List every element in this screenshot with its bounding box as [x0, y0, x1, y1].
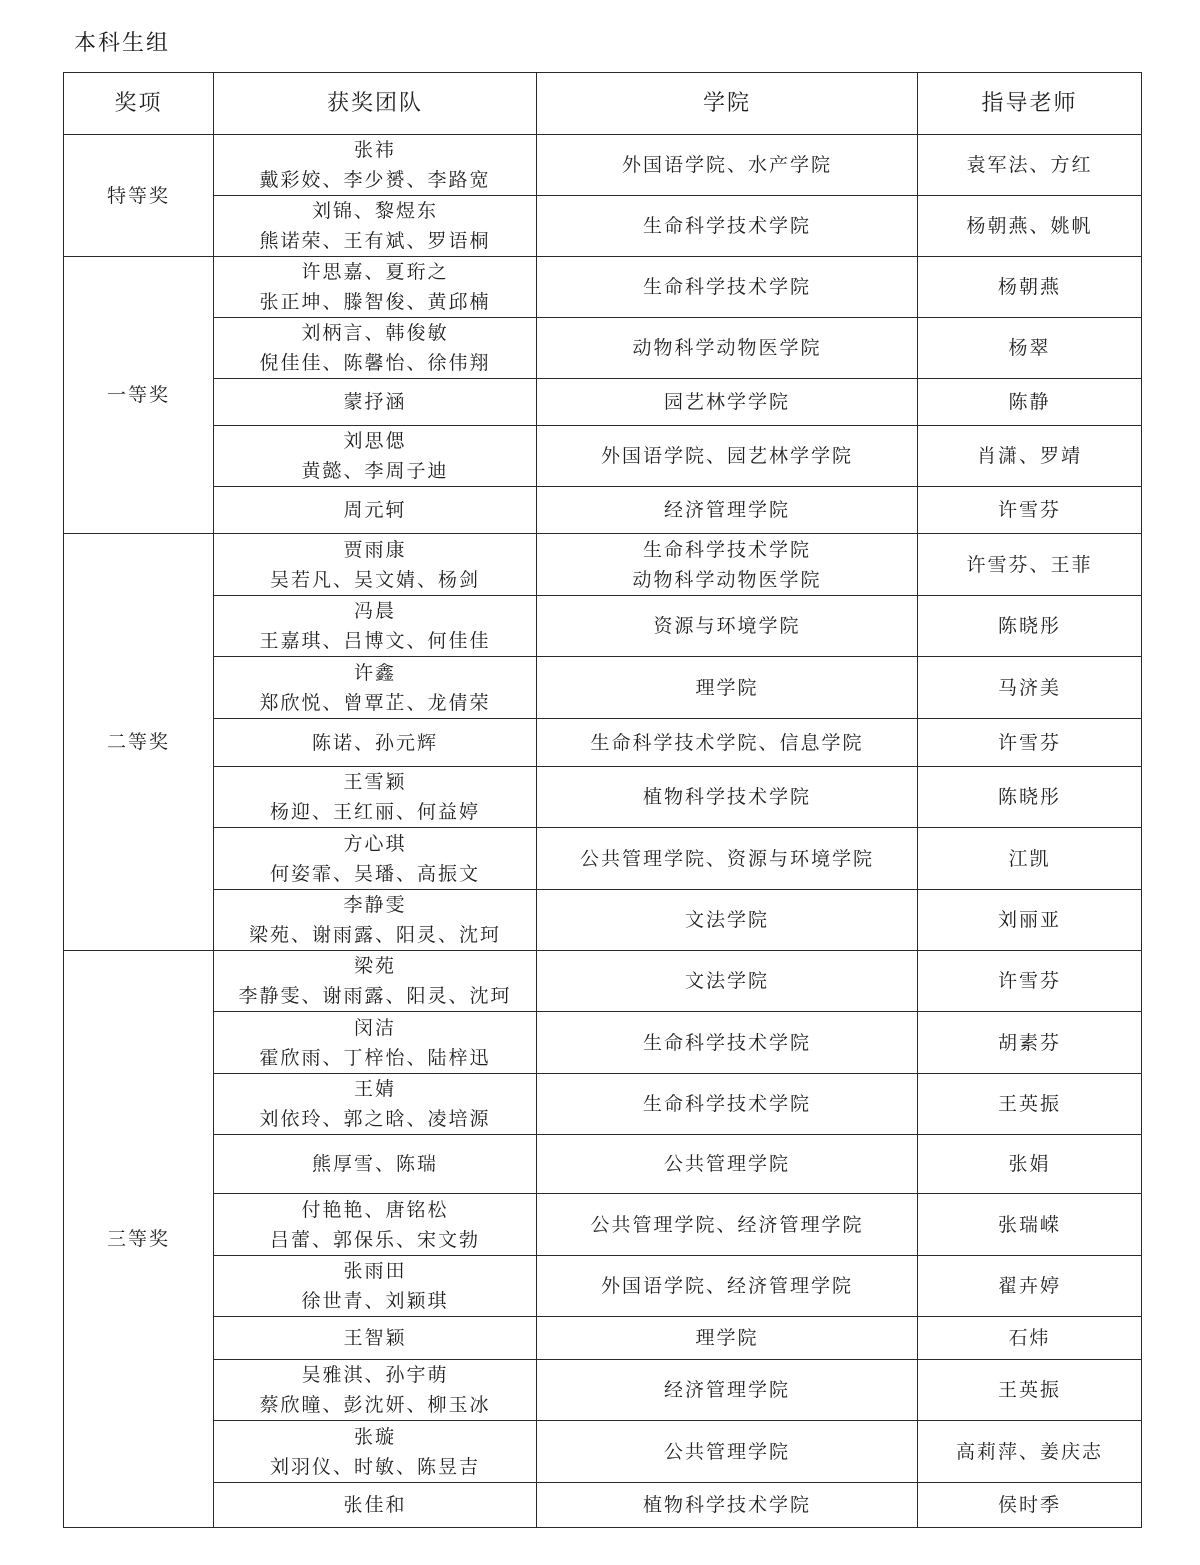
awards-body: 特等奖张祎戴彩姣、李少赟、李路宽外国语学院、水产学院袁军法、方红刘锦、黎煜东熊诺… — [64, 135, 1142, 1528]
college-cell: 生命科学技术学院、信息学院 — [537, 719, 918, 767]
team-members-line: 王雪颖 — [214, 767, 536, 797]
college-line: 植物科学技术学院 — [537, 1490, 917, 1520]
college-cell: 经济管理学院 — [537, 1360, 918, 1421]
team-members-line: 陈诺、孙元辉 — [214, 728, 536, 758]
team-members-line: 付艳艳、唐铭松 — [214, 1195, 536, 1225]
college-line: 动物科学动物医学院 — [537, 565, 917, 595]
team-members-line: 闵洁 — [214, 1013, 536, 1043]
college-line: 理学院 — [537, 1323, 917, 1353]
team-members-line: 何姿霏、吴璠、高振文 — [214, 859, 536, 889]
team-members-line: 刘锦、黎煜东 — [214, 196, 536, 226]
college-cell: 文法学院 — [537, 951, 918, 1012]
college-cell: 生命科学技术学院动物科学动物医学院 — [537, 534, 918, 596]
college-cell: 公共管理学院 — [537, 1135, 918, 1194]
table-row: 闵洁霍欣雨、丁梓怡、陆梓迅生命科学技术学院胡素芬 — [64, 1012, 1142, 1074]
table-row: 陈诺、孙元辉生命科学技术学院、信息学院许雪芬 — [64, 719, 1142, 767]
college-line: 外国语学院、经济管理学院 — [537, 1271, 917, 1301]
team-cell: 刘锦、黎煜东熊诺荣、王有斌、罗语桐 — [214, 196, 537, 257]
college-cell: 园艺林学学院 — [537, 379, 918, 426]
teacher-cell: 袁军法、方红 — [918, 135, 1142, 196]
team-members-line: 梁苑 — [214, 951, 536, 981]
team-members-line: 倪佳佳、陈馨怡、徐伟翔 — [214, 348, 536, 378]
table-row: 刘思偲黄懿、李周子迪外国语学院、园艺林学学院肖潇、罗靖 — [64, 426, 1142, 487]
teacher-cell: 陈晓彤 — [918, 596, 1142, 657]
team-members-line: 张佳和 — [214, 1490, 536, 1520]
team-members-line: 张祎 — [214, 135, 536, 165]
team-members-line: 黄懿、李周子迪 — [214, 456, 536, 486]
header-award: 奖项 — [64, 73, 214, 135]
college-cell: 植物科学技术学院 — [537, 767, 918, 828]
college-line: 外国语学院、园艺林学学院 — [537, 441, 917, 471]
team-members-line: 李静雯、谢雨露、阳灵、沈珂 — [214, 981, 536, 1011]
team-members-line: 李静雯 — [214, 890, 536, 920]
team-cell: 吴雅淇、孙宇萌蔡欣瞳、彭沈妍、柳玉冰 — [214, 1360, 537, 1421]
college-line: 生命科学技术学院、信息学院 — [537, 728, 917, 758]
table-header-row: 奖项 获奖团队 学院 指导老师 — [64, 73, 1142, 135]
college-line: 文法学院 — [537, 905, 917, 935]
team-members-line: 许鑫 — [214, 658, 536, 688]
award-level-cell: 一等奖 — [64, 257, 214, 534]
team-cell: 熊厚雪、陈瑞 — [214, 1135, 537, 1194]
section-title: 本科生组 — [74, 26, 170, 62]
team-cell: 许鑫郑欣悦、曾覃芷、龙倩荣 — [214, 657, 537, 719]
team-members-line: 徐世青、刘颖琪 — [214, 1286, 536, 1316]
table-row: 二等奖贾雨康吴若凡、吴文婧、杨剑生命科学技术学院动物科学动物医学院许雪芬、王菲 — [64, 534, 1142, 596]
award-level-cell: 特等奖 — [64, 135, 214, 257]
college-line: 外国语学院、水产学院 — [537, 150, 917, 180]
team-members-line: 蔡欣瞳、彭沈妍、柳玉冰 — [214, 1390, 536, 1420]
team-members-line: 吕蕾、郭保乐、宋文勃 — [214, 1225, 536, 1255]
teacher-cell: 张瑞嵘 — [918, 1194, 1142, 1256]
team-cell: 王婧刘依玲、郭之晗、凌培源 — [214, 1074, 537, 1135]
teacher-cell: 杨朝燕、姚帆 — [918, 196, 1142, 257]
college-line: 公共管理学院、资源与环境学院 — [537, 844, 917, 874]
team-members-line: 张璇 — [214, 1422, 536, 1452]
team-members-line: 霍欣雨、丁梓怡、陆梓迅 — [214, 1043, 536, 1073]
college-line: 经济管理学院 — [537, 1375, 917, 1405]
college-cell: 理学院 — [537, 1317, 918, 1360]
teacher-cell: 江凯 — [918, 828, 1142, 890]
teacher-cell: 侯时季 — [918, 1483, 1142, 1528]
teacher-cell: 肖潇、罗靖 — [918, 426, 1142, 487]
college-line: 植物科学技术学院 — [537, 782, 917, 812]
team-members-line: 王智颖 — [214, 1323, 536, 1353]
team-cell: 王雪颖杨迎、王红丽、何益婷 — [214, 767, 537, 828]
team-members-line: 刘羽仪、时敏、陈昱吉 — [214, 1452, 536, 1482]
team-members-line: 王嘉琪、吕博文、何佳佳 — [214, 626, 536, 656]
teacher-cell: 陈静 — [918, 379, 1142, 426]
team-cell: 闵洁霍欣雨、丁梓怡、陆梓迅 — [214, 1012, 537, 1074]
teacher-cell: 翟卉婷 — [918, 1256, 1142, 1317]
teacher-cell: 杨翠 — [918, 318, 1142, 379]
team-members-line: 杨迎、王红丽、何益婷 — [214, 797, 536, 827]
table-row: 张雨田徐世青、刘颖琪外国语学院、经济管理学院翟卉婷 — [64, 1256, 1142, 1317]
college-cell: 外国语学院、园艺林学学院 — [537, 426, 918, 487]
teacher-cell: 高莉萍、姜庆志 — [918, 1421, 1142, 1483]
team-members-line: 郑欣悦、曾覃芷、龙倩荣 — [214, 688, 536, 718]
teacher-cell: 王英振 — [918, 1074, 1142, 1135]
awards-table: 奖项 获奖团队 学院 指导老师 特等奖张祎戴彩姣、李少赟、李路宽外国语学院、水产… — [63, 72, 1142, 1528]
college-cell: 公共管理学院 — [537, 1421, 918, 1483]
college-line: 经济管理学院 — [537, 495, 917, 525]
college-line: 资源与环境学院 — [537, 611, 917, 641]
table-row: 张佳和植物科学技术学院侯时季 — [64, 1483, 1142, 1528]
teacher-cell: 杨朝燕 — [918, 257, 1142, 318]
team-cell: 张雨田徐世青、刘颖琪 — [214, 1256, 537, 1317]
team-cell: 刘柄言、韩俊敏倪佳佳、陈馨怡、徐伟翔 — [214, 318, 537, 379]
team-cell: 方心琪何姿霏、吴璠、高振文 — [214, 828, 537, 890]
college-cell: 生命科学技术学院 — [537, 1074, 918, 1135]
team-members-line: 方心琪 — [214, 829, 536, 859]
college-line: 生命科学技术学院 — [537, 211, 917, 241]
college-cell: 公共管理学院、资源与环境学院 — [537, 828, 918, 890]
award-level-cell: 三等奖 — [64, 951, 214, 1528]
team-cell: 蒙抒涵 — [214, 379, 537, 426]
college-line: 生命科学技术学院 — [537, 272, 917, 302]
team-members-line: 许思嘉、夏珩之 — [214, 257, 536, 287]
college-line: 动物科学动物医学院 — [537, 333, 917, 363]
college-cell: 外国语学院、经济管理学院 — [537, 1256, 918, 1317]
team-cell: 张佳和 — [214, 1483, 537, 1528]
team-members-line: 吴若凡、吴文婧、杨剑 — [214, 565, 536, 595]
teacher-cell: 陈晓彤 — [918, 767, 1142, 828]
teacher-cell: 许雪芬 — [918, 487, 1142, 534]
teacher-cell: 石炜 — [918, 1317, 1142, 1360]
header-college: 学院 — [537, 73, 918, 135]
teacher-cell: 许雪芬 — [918, 951, 1142, 1012]
college-line: 公共管理学院 — [537, 1149, 917, 1179]
college-line: 园艺林学学院 — [537, 387, 917, 417]
team-members-line: 蒙抒涵 — [214, 387, 536, 417]
college-cell: 生命科学技术学院 — [537, 1012, 918, 1074]
team-cell: 刘思偲黄懿、李周子迪 — [214, 426, 537, 487]
team-members-line: 戴彩姣、李少赟、李路宽 — [214, 165, 536, 195]
college-line: 理学院 — [537, 673, 917, 703]
table-row: 王婧刘依玲、郭之晗、凌培源生命科学技术学院王英振 — [64, 1074, 1142, 1135]
team-members-line: 张雨田 — [214, 1256, 536, 1286]
header-teacher: 指导老师 — [918, 73, 1142, 135]
college-cell: 理学院 — [537, 657, 918, 719]
team-cell: 王智颖 — [214, 1317, 537, 1360]
teacher-cell: 张娟 — [918, 1135, 1142, 1194]
team-members-line: 刘柄言、韩俊敏 — [214, 318, 536, 348]
team-cell: 张祎戴彩姣、李少赟、李路宽 — [214, 135, 537, 196]
team-members-line: 张正坤、滕智俊、黄邱楠 — [214, 287, 536, 317]
team-cell: 李静雯梁苑、谢雨露、阳灵、沈珂 — [214, 890, 537, 951]
teacher-cell: 许雪芬 — [918, 719, 1142, 767]
college-line: 生命科学技术学院 — [537, 535, 917, 565]
team-cell: 许思嘉、夏珩之张正坤、滕智俊、黄邱楠 — [214, 257, 537, 318]
college-cell: 经济管理学院 — [537, 487, 918, 534]
table-row: 刘柄言、韩俊敏倪佳佳、陈馨怡、徐伟翔动物科学动物医学院杨翠 — [64, 318, 1142, 379]
teacher-cell: 许雪芬、王菲 — [918, 534, 1142, 596]
college-cell: 动物科学动物医学院 — [537, 318, 918, 379]
college-line: 生命科学技术学院 — [537, 1028, 917, 1058]
table-row: 熊厚雪、陈瑞公共管理学院张娟 — [64, 1135, 1142, 1194]
team-members-line: 吴雅淇、孙宇萌 — [214, 1360, 536, 1390]
teacher-cell: 王英振 — [918, 1360, 1142, 1421]
team-members-line: 冯晨 — [214, 596, 536, 626]
table-row: 许鑫郑欣悦、曾覃芷、龙倩荣理学院马济美 — [64, 657, 1142, 719]
award-level-cell: 二等奖 — [64, 534, 214, 951]
team-members-line: 王婧 — [214, 1074, 536, 1104]
college-line: 生命科学技术学院 — [537, 1089, 917, 1119]
college-cell: 外国语学院、水产学院 — [537, 135, 918, 196]
team-cell: 陈诺、孙元辉 — [214, 719, 537, 767]
team-members-line: 梁苑、谢雨露、阳灵、沈珂 — [214, 920, 536, 950]
team-cell: 周元轲 — [214, 487, 537, 534]
table-row: 蒙抒涵园艺林学学院陈静 — [64, 379, 1142, 426]
table-row: 周元轲经济管理学院许雪芬 — [64, 487, 1142, 534]
college-line: 文法学院 — [537, 966, 917, 996]
table-row: 付艳艳、唐铭松吕蕾、郭保乐、宋文勃公共管理学院、经济管理学院张瑞嵘 — [64, 1194, 1142, 1256]
table-row: 一等奖许思嘉、夏珩之张正坤、滕智俊、黄邱楠生命科学技术学院杨朝燕 — [64, 257, 1142, 318]
table-row: 冯晨王嘉琪、吕博文、何佳佳资源与环境学院陈晓彤 — [64, 596, 1142, 657]
team-members-line: 熊厚雪、陈瑞 — [214, 1149, 536, 1179]
team-members-line: 刘思偲 — [214, 426, 536, 456]
table-row: 三等奖梁苑李静雯、谢雨露、阳灵、沈珂文法学院许雪芬 — [64, 951, 1142, 1012]
table-row: 张璇刘羽仪、时敏、陈昱吉公共管理学院高莉萍、姜庆志 — [64, 1421, 1142, 1483]
table-row: 方心琪何姿霏、吴璠、高振文公共管理学院、资源与环境学院江凯 — [64, 828, 1142, 890]
table-row: 王雪颖杨迎、王红丽、何益婷植物科学技术学院陈晓彤 — [64, 767, 1142, 828]
teacher-cell: 刘丽亚 — [918, 890, 1142, 951]
college-cell: 公共管理学院、经济管理学院 — [537, 1194, 918, 1256]
team-cell: 冯晨王嘉琪、吕博文、何佳佳 — [214, 596, 537, 657]
college-cell: 资源与环境学院 — [537, 596, 918, 657]
table-row: 王智颖理学院石炜 — [64, 1317, 1142, 1360]
table-row: 李静雯梁苑、谢雨露、阳灵、沈珂文法学院刘丽亚 — [64, 890, 1142, 951]
team-cell: 付艳艳、唐铭松吕蕾、郭保乐、宋文勃 — [214, 1194, 537, 1256]
college-line: 公共管理学院、经济管理学院 — [537, 1210, 917, 1240]
table-row: 刘锦、黎煜东熊诺荣、王有斌、罗语桐生命科学技术学院杨朝燕、姚帆 — [64, 196, 1142, 257]
team-members-line: 周元轲 — [214, 495, 536, 525]
team-members-line: 刘依玲、郭之晗、凌培源 — [214, 1104, 536, 1134]
college-cell: 文法学院 — [537, 890, 918, 951]
header-team: 获奖团队 — [214, 73, 537, 135]
team-members-line: 熊诺荣、王有斌、罗语桐 — [214, 226, 536, 256]
table-row: 吴雅淇、孙宇萌蔡欣瞳、彭沈妍、柳玉冰经济管理学院王英振 — [64, 1360, 1142, 1421]
teacher-cell: 马济美 — [918, 657, 1142, 719]
table-row: 特等奖张祎戴彩姣、李少赟、李路宽外国语学院、水产学院袁军法、方红 — [64, 135, 1142, 196]
team-cell: 梁苑李静雯、谢雨露、阳灵、沈珂 — [214, 951, 537, 1012]
college-cell: 生命科学技术学院 — [537, 196, 918, 257]
team-cell: 张璇刘羽仪、时敏、陈昱吉 — [214, 1421, 537, 1483]
college-cell: 植物科学技术学院 — [537, 1483, 918, 1528]
college-line: 公共管理学院 — [537, 1437, 917, 1467]
team-members-line: 贾雨康 — [214, 535, 536, 565]
teacher-cell: 胡素芬 — [918, 1012, 1142, 1074]
college-cell: 生命科学技术学院 — [537, 257, 918, 318]
team-cell: 贾雨康吴若凡、吴文婧、杨剑 — [214, 534, 537, 596]
